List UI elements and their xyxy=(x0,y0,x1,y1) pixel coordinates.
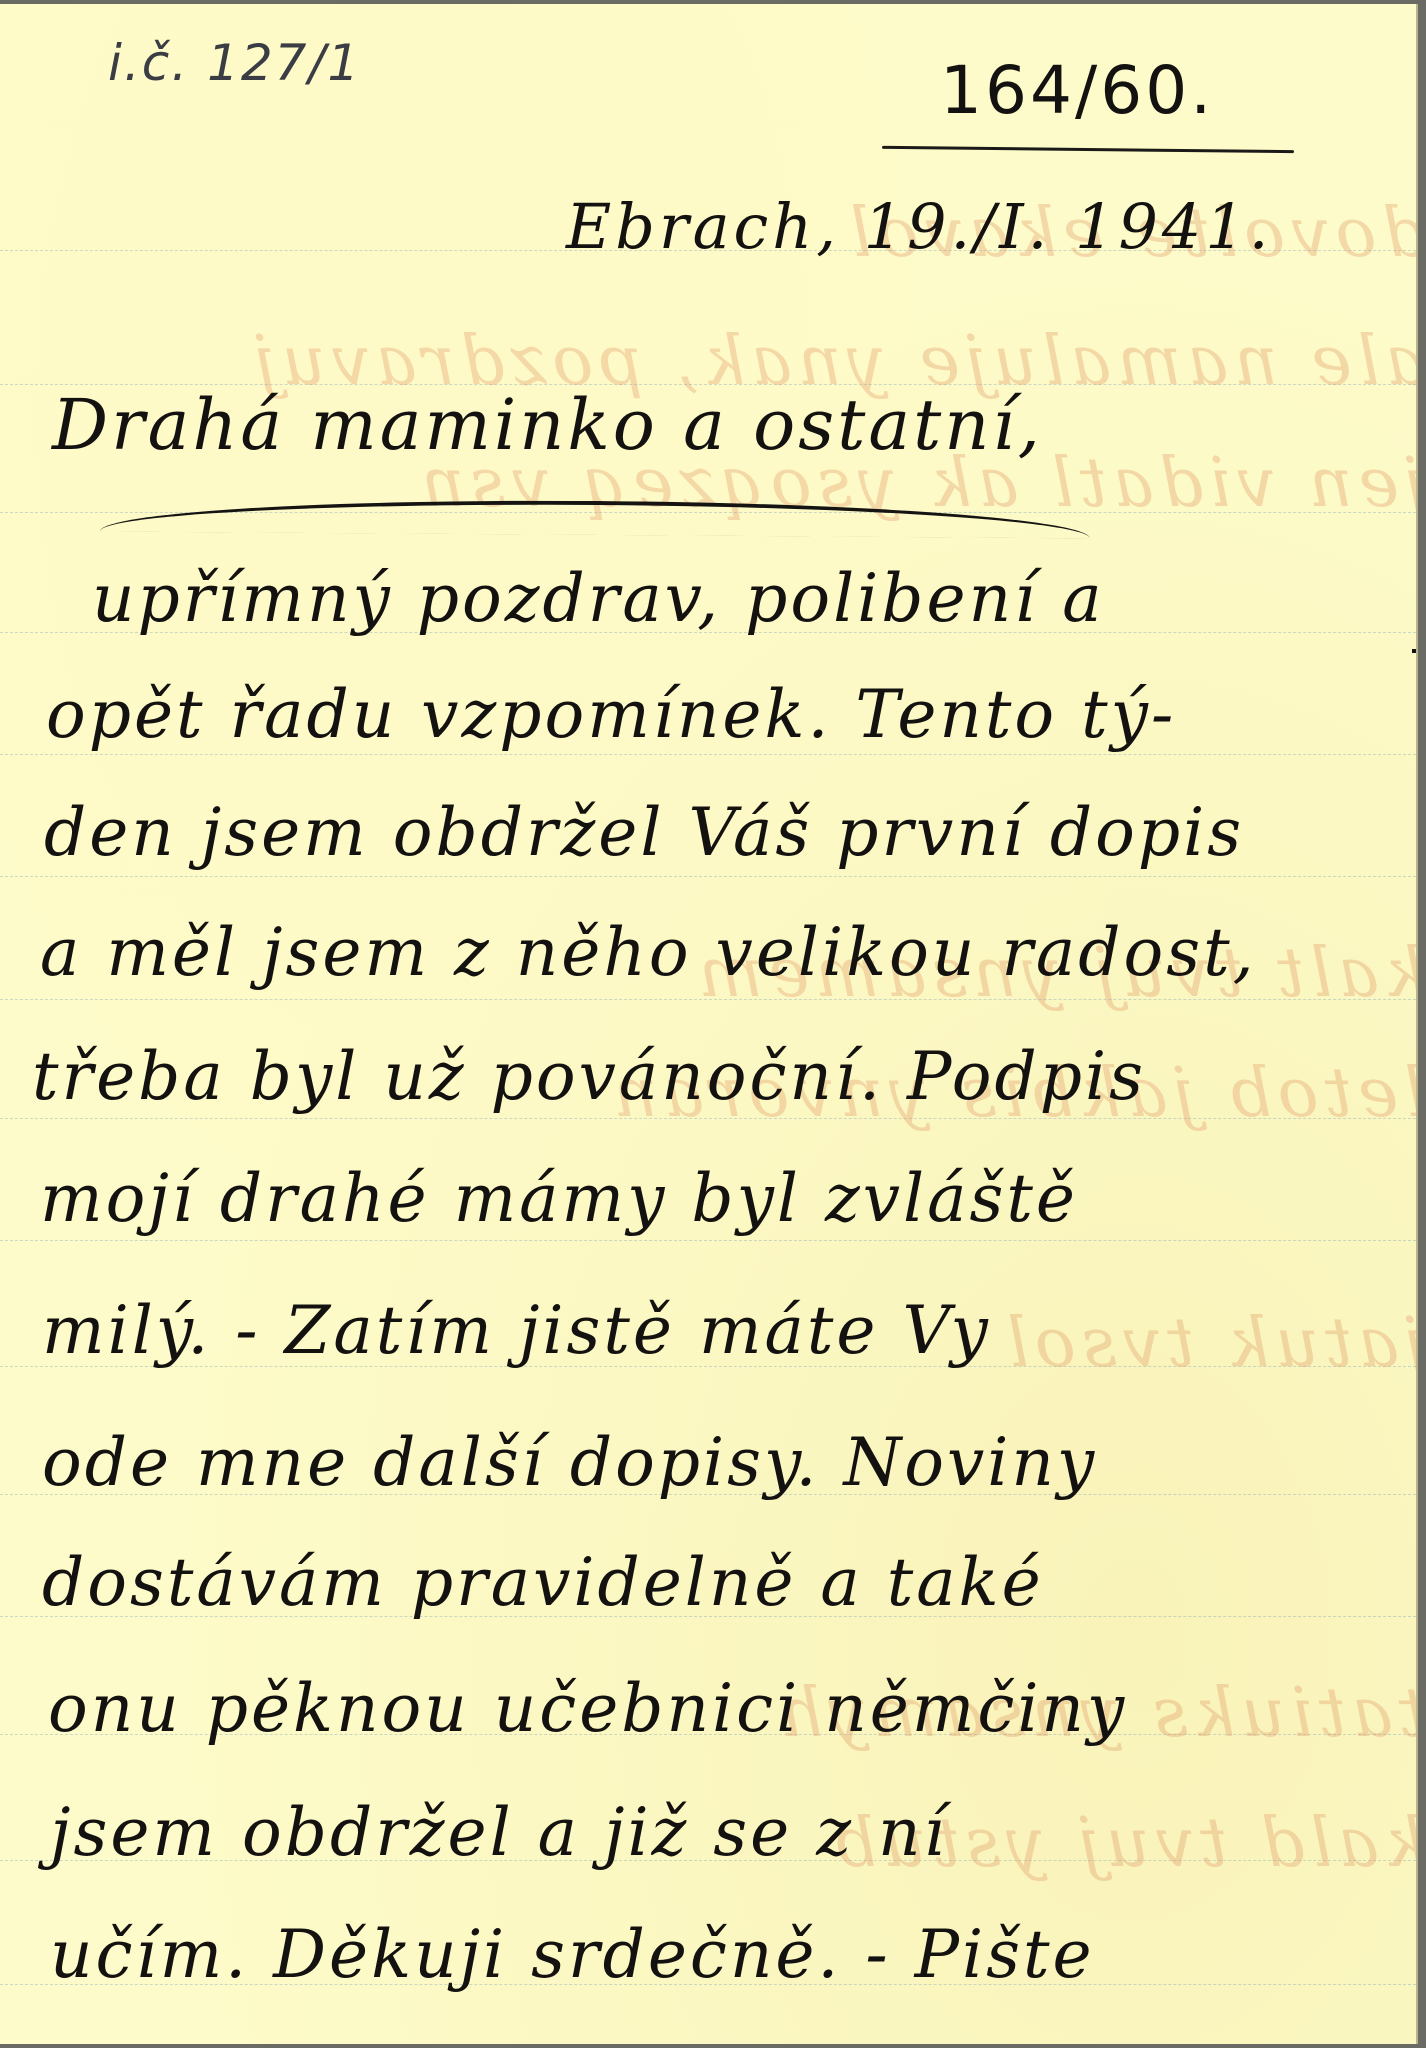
edge-mark xyxy=(1412,649,1418,653)
salutation: Drahá maminko a ostatní, xyxy=(52,384,1043,466)
ruled-line xyxy=(0,1240,1416,1241)
reference-underline xyxy=(882,146,1294,153)
place-date: Ebrach, 19./I. 1941. xyxy=(566,190,1273,263)
letter-line: milý. - Zatím jistě máte Vy xyxy=(42,1292,991,1369)
letter-line: třeba byl už povánoční. Podpis xyxy=(32,1038,1146,1115)
letter-line: onu pěknou učebnici němčiny xyxy=(48,1670,1127,1747)
reference-number: 164/60. xyxy=(940,52,1214,129)
letter-line: den jsem obdržel Váš první dopis xyxy=(44,794,1244,871)
letter-line: a měl jsem z něho velikou radost, xyxy=(40,914,1257,991)
letter-page: dovolte ekavol ale namaluje ynak, pozdra… xyxy=(0,4,1418,2044)
letter-line: opět řadu vzpomínek. Tento tý- xyxy=(46,676,1176,753)
letter-line: mojí drahé mámy byl zvláště xyxy=(40,1160,1078,1237)
archive-reference: i.č. 127/1 xyxy=(108,34,361,92)
letter-line: jsem obdržel a již se z ní xyxy=(50,1794,948,1871)
letter-line: ode mne další dopisy. Noviny xyxy=(42,1424,1097,1501)
letter-line: dostávám pravidelně a také xyxy=(42,1544,1044,1621)
letter-line: upřímný pozdrav, polibení a xyxy=(92,560,1105,637)
ruled-line xyxy=(0,754,1416,755)
ruled-line xyxy=(0,876,1416,877)
letter-line: učím. Děkuji srdečně. - Pište xyxy=(50,1916,1095,1993)
